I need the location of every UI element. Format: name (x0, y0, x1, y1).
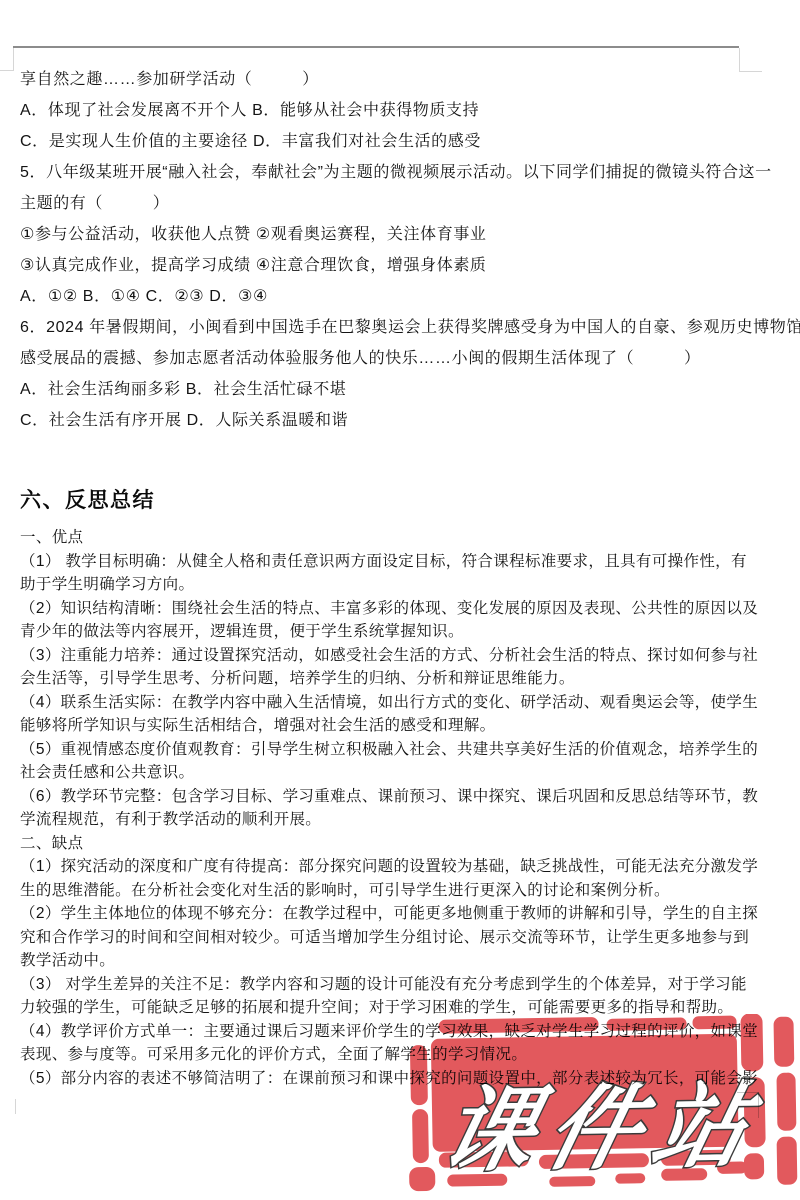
text-line: （4）联系生活实际：在教学内容中融入生活情境，如出行方式的变化、研学活动、观看奥… (20, 691, 758, 715)
text-line: 主题的有（ ） (20, 188, 800, 219)
text-line: 社会责任感和公共意识。 (20, 761, 758, 785)
text-line: 学流程规范，有利于教学活动的顺利开展。 (20, 808, 758, 832)
page-corner-mark-bottom-left-v (15, 1099, 16, 1114)
text-line: （1） 教学目标明确：从健全人格和责任意识两方面设定目标，符合课程标准要求，且具… (20, 550, 758, 574)
text-line: 感受展品的震撼、参加志愿者活动体验服务他人的快乐……小闽的假期生活体现了（ ） (20, 343, 800, 374)
text-line: 青少年的做法等内容展开，逻辑连贯，便于学生系统掌握知识。 (20, 620, 758, 644)
text-line: C．是实现人生价值的主要途径 D．丰富我们对社会生活的感受 (20, 126, 800, 157)
text-line: （2）知识结构清晰：围绕社会生活的特点、丰富多彩的体现、变化发展的原因及表现、公… (20, 597, 758, 621)
text-line: 究和合作学习的时间和空间相对较少。可适当增加学生分组讨论、展示交流等环节，让学生… (20, 926, 758, 950)
text-line: （5）重视情感态度价值观教育：引导学生树立积极融入社会、共建共享美好生活的价值观… (20, 738, 758, 762)
text-line: 6．2024 年暑假期间，小闽看到中国选手在巴黎奥运会上获得奖牌感受身为中国人的… (20, 312, 800, 343)
text-line: 5．八年级某班开展“融入社会，奉献社会”为主题的微视频展示活动。以下同学们捕捉的… (20, 157, 800, 188)
page-top-border (13, 46, 739, 48)
text-line: 生的思维潜能。在分析社会变化对生活的影响时，可引导学生进行更深入的讨论和案例分析… (20, 879, 758, 903)
stamp-watermark: 课件站 (398, 1014, 800, 1200)
text-line: 会生活等，引导学生思考、分析问题，培养学生的归纳、分析和辩证思维能力。 (20, 667, 758, 691)
text-line: ①参与公益活动，收获他人点赞 ②观看奥运赛程，关注体育事业 (20, 219, 800, 250)
text-line: A．社会生活绚丽多彩 B．社会生活忙碌不堪 (20, 374, 800, 405)
page-corner-mark-top-left-v (13, 48, 14, 71)
text-line: 能够将所学知识与实际生活相结合，增强对社会生活的感受和理解。 (20, 714, 758, 738)
text-line: A．①② B．①④ C．②③ D．③④ (20, 281, 800, 312)
text-line: ③认真完成作业，提高学习成绩 ④注意合理饮食，增强身体素质 (20, 250, 800, 281)
document-page: 享自然之趣……参加研学活动（ ）A．体现了社会发展离不开个人 B．能够从社会中获… (0, 0, 800, 1200)
text-line: 助于学生明确学习方向。 (20, 573, 758, 597)
text-line: （1）探究活动的深度和广度有待提高：部分探究问题的设置较为基础，缺乏挑战性，可能… (20, 855, 758, 879)
section-heading: 六、反思总结 (20, 484, 155, 514)
stamp-text: 课件站 (431, 1073, 773, 1182)
text-line: 享自然之趣……参加研学活动（ ） (20, 64, 800, 95)
text-line: C．社会生活有序开展 D．人际关系温暖和谐 (20, 405, 800, 436)
text-line: （2）学生主体地位的体现不够充分：在教学过程中，可能更多地侧重于教师的讲解和引导… (20, 902, 758, 926)
text-line: 二、缺点 (20, 832, 758, 856)
reflection-block: 一、优点（1） 教学目标明确：从健全人格和责任意识两方面设定目标，符合课程标准要… (20, 526, 758, 1090)
text-line: （3）注重能力培养：通过设置探究活动，如感受社会生活的方式、分析社会生活的特点、… (20, 644, 758, 668)
questions-block: 享自然之趣……参加研学活动（ ）A．体现了社会发展离不开个人 B．能够从社会中获… (20, 64, 800, 436)
text-line: （6）教学环节完整：包含学习目标、学习重难点、课前预习、课中探究、课后巩固和反思… (20, 785, 758, 809)
page-corner-mark-top-left-h (0, 70, 13, 71)
text-line: A．体现了社会发展离不开个人 B．能够从社会中获得物质支持 (20, 95, 800, 126)
text-line: 一、优点 (20, 526, 758, 550)
text-line: 教学活动中。 (20, 949, 758, 973)
text-line: （3） 对学生差异的关注不足：教学内容和习题的设计可能没有充分考虑到学生的个体差… (20, 973, 758, 997)
